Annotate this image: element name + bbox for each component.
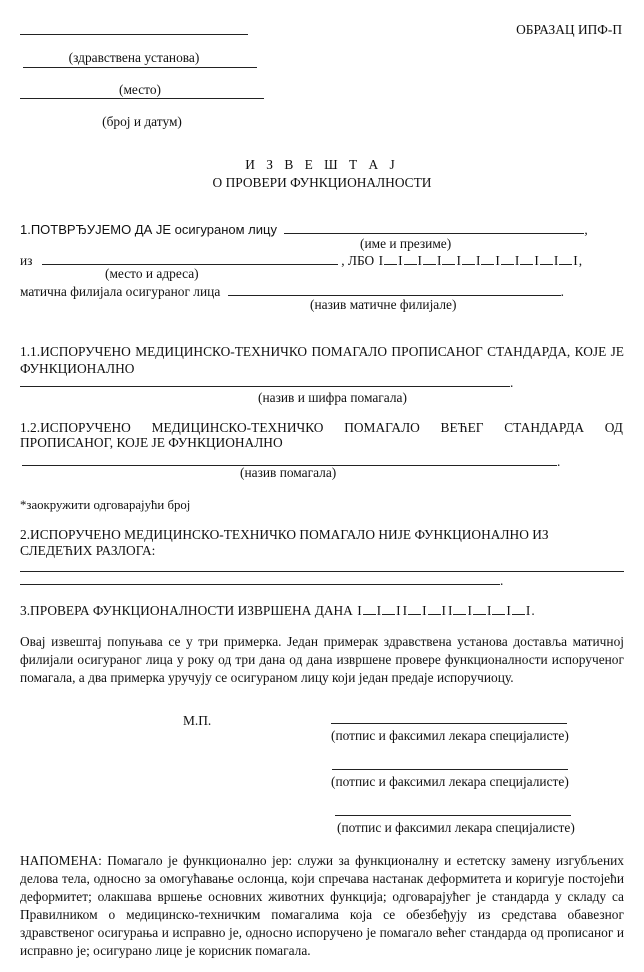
insured-name-input[interactable] [284,221,584,234]
section3-text: 3.ПРОВЕРА ФУНКЦИОНАЛНОСТИ ИЗВРШЕНА ДАНА [20,603,353,618]
lbo-digit-cell[interactable] [462,253,475,265]
lbo-digit-cell[interactable] [423,253,436,265]
document-title: И З В Е Ш Т А Ј [0,157,644,174]
signature-3-line[interactable] [335,815,571,816]
institution-input-line[interactable] [20,34,248,35]
lbo-digit-cell[interactable] [501,253,514,265]
branch-prefix: матична филијала осигураног лица [20,284,220,299]
date-digit-cell[interactable] [408,603,421,615]
lbo-prefix: , ЛБО [341,253,374,268]
instructions: Овај извештај попуњава се у три примерка… [20,633,624,687]
lbo-digit-cell[interactable] [442,253,455,265]
date-digit-cell[interactable] [453,603,466,615]
section1-2-heading-line2: ПРОПИСАНОГ, КОЈЕ ЈЕ ФУНКЦИОНАЛНО [20,435,283,452]
signature-2-line[interactable] [332,769,568,770]
section2-heading-line1: 2.ИСПОРУЧЕНО МЕДИЦИНСКО-ТЕХНИЧКО ПОМАГАЛ… [20,527,549,544]
section1-1-heading: 1.1.ИСПОРУЧЕНО МЕДИЦИНСКО-ТЕХНИЧКО ПОМАГ… [20,344,624,378]
date-digit-cell[interactable] [473,603,486,615]
signature-2-label: (потпис и факсимил лекара специјалисте) [331,774,569,791]
address-label: (место и адреса) [105,266,199,283]
aid-name-label: (назив помагала) [240,465,336,482]
lbo-input[interactable]: IIIIIIIIIII [378,253,579,268]
date-digit-cell[interactable] [382,603,395,615]
lbo-digit-cell[interactable] [540,253,553,265]
branch-input[interactable] [228,283,561,296]
lbo-digit-cell[interactable] [384,253,397,265]
aid-name-code-input[interactable] [20,374,510,387]
note: НАПОМЕНА: Помагало је функционално јер: … [20,852,624,960]
date-digit-cell[interactable] [363,603,376,615]
place-label: (место) [23,82,257,99]
stamp-label: М.П. [183,713,211,730]
signature-1-line[interactable] [331,723,567,724]
institution-label: (здравствена установа) [20,50,248,67]
address-input[interactable] [42,252,338,265]
section1-line3: матична филијала осигураног лица . [20,283,564,301]
signature-1-label: (потпис и факсимил лекара специјалисте) [331,728,569,745]
section1-2-heading-word: ПОМАГАЛО [344,420,420,437]
section1-2-heading-word: СТАНДАРДА [504,420,584,437]
date-digit-cell[interactable] [492,603,505,615]
comma: , [584,222,587,237]
date-digit-cell[interactable] [512,603,525,615]
number-date-label: (број и датум) [20,114,264,131]
number-date-input-line[interactable] [20,98,264,99]
section1-2-heading-word: ВЕЋЕГ [441,420,484,437]
from-prefix: из [20,253,32,268]
lbo-digit-cell[interactable] [520,253,533,265]
lbo-digit-cell[interactable] [559,253,572,265]
document-subtitle: О ПРОВЕРИ ФУНКЦИОНАЛНОСТИ [0,175,644,192]
branch-label: (назив матичне филијале) [310,297,456,314]
form-code: ОБРАЗАЦ ИПФ-П [516,22,622,39]
aid-name-code-label: (назив и шифра помагала) [258,390,407,407]
place-input-line[interactable] [23,67,257,68]
reasons-line-2[interactable] [20,572,500,585]
section1-intro: 1.ПОТВРЂУЈЕМО ДА ЈЕ осигураном лицу [20,222,277,237]
check-date-input[interactable]: IIIIIIIIIII [356,603,531,618]
section3-line: 3.ПРОВЕРА ФУНКЦИОНАЛНОСТИ ИЗВРШЕНА ДАНА … [20,603,535,620]
footnote: *заокружити одговарајући број [20,498,190,514]
section1-2-heading-word: ОД [605,420,623,437]
section2-heading-line2: СЛЕДЕЋИХ РАЗЛОГА: [20,543,155,560]
section1-line1: 1.ПОТВРЂУЈЕМО ДА ЈЕ осигураном лицу , [20,221,588,239]
lbo-digit-cell[interactable] [404,253,417,265]
signature-3-label: (потпис и факсимил лекара специјалисте) [337,820,575,837]
lbo-digit-cell[interactable] [481,253,494,265]
date-digit-cell[interactable] [428,603,441,615]
insured-name-label: (име и презиме) [360,236,451,253]
